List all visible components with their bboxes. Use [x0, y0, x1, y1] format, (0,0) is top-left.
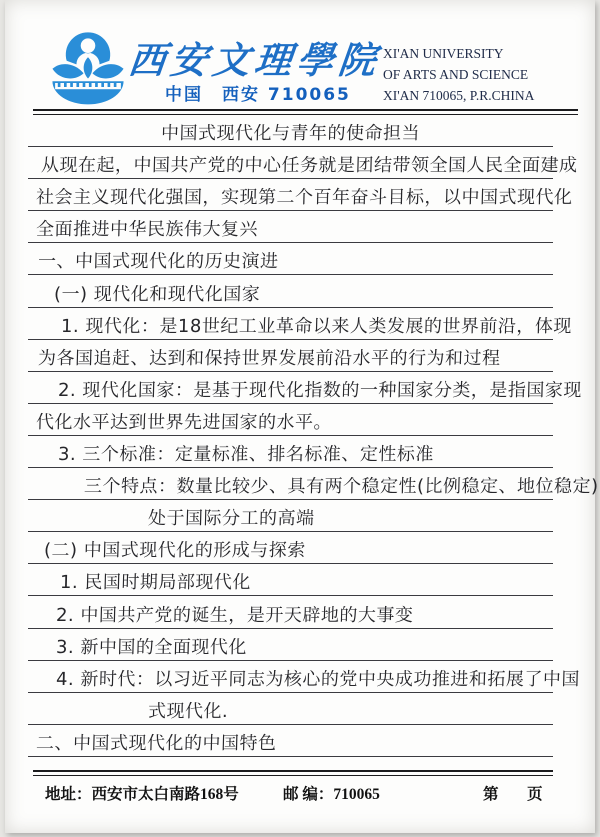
handwritten-text: 为各国追赶、达到和保持世界发展前沿水平的行为和过程: [38, 350, 501, 371]
handwritten-line: 社会主义现代化强国，实现第二个百年奋斗目标，以中国式现代化: [28, 179, 553, 211]
handwritten-line: 三个特点：数量比较少、具有两个稳定性(比例稳定、地位稳定): [28, 468, 553, 500]
handwritten-text: 2. 现代化国家：是基于现代化指数的一种国家分类，是指国家现: [58, 382, 582, 403]
handwritten-line: 2. 现代化国家：是基于现代化指数的一种国家分类，是指国家现: [28, 372, 553, 404]
footer-page-label-suffix: 页: [527, 782, 543, 804]
university-name-en: XI'AN UNIVERSITY OF ARTS AND SCIENCE XI'…: [383, 44, 593, 107]
handwritten-line: 1. 民国时期局部现代化: [28, 564, 553, 596]
handwritten-line: 处于国际分工的高端: [28, 500, 553, 532]
handwritten-text: 三个特点：数量比较少、具有两个稳定性(比例稳定、地位稳定): [84, 478, 599, 499]
handwritten-line: 从现在起，中国共产党的中心任务就是团结带领全国人民全面建成: [28, 147, 553, 179]
handwritten-line: 代化水平达到世界先进国家的水平。: [28, 404, 553, 436]
handwritten-text: 从现在起，中国共产党的中心任务就是团结带领全国人民全面建成: [41, 157, 578, 178]
handwritten-text: 3. 新中国的全面现代化: [56, 639, 247, 660]
handwriting-area: 中国式现代化与青年的使命担当从现在起，中国共产党的中心任务就是团结带领全国人民全…: [28, 115, 553, 757]
handwritten-line: 1. 现代化：是18世纪工业革命以来人类发展的世界前沿，体现: [28, 308, 553, 340]
university-name-en-line1: XI'AN UNIVERSITY: [383, 44, 593, 65]
handwritten-line: 二、中国式现代化的中国特色: [28, 725, 553, 757]
handwritten-line: 3. 新中国的全面现代化: [28, 629, 553, 661]
handwritten-line: (一) 现代化和现代化国家: [28, 275, 553, 307]
handwritten-text: 处于国际分工的高端: [148, 510, 315, 531]
handwritten-text: 1. 民国时期局部现代化: [60, 574, 251, 595]
handwritten-line: 全面推进中华民族伟大复兴: [28, 211, 553, 243]
handwritten-line: 2. 中国共产党的诞生，是开天辟地的大事变: [28, 596, 553, 628]
handwritten-line: 一、中国式现代化的历史演进: [28, 243, 553, 275]
handwritten-text: 全面推进中华民族伟大复兴: [36, 221, 259, 242]
footer-divider: [33, 770, 553, 776]
footer-page-label-prefix: 第: [483, 782, 499, 804]
handwritten-text: 式现代化.: [148, 703, 229, 724]
letterhead-page: 西安文理學院 中国 西安 710065 XI'AN UNIVERSITY OF …: [5, 0, 595, 833]
university-location-cn: 中国 西安 710065: [165, 80, 351, 105]
page-footer: 地址：西安市太白南路168号 邮 编：710065 第 页: [5, 782, 595, 812]
handwritten-text: (一) 现代化和现代化国家: [54, 286, 261, 307]
handwritten-line: 3. 三个标准：定量标准、排名标准、定性标准: [28, 436, 553, 468]
document-title: 中国式现代化与青年的使命担当: [161, 125, 421, 146]
handwritten-line: 4. 新时代：以习近平同志为核心的党中央成功推进和拓展了中国: [28, 661, 553, 693]
university-name-en-line2: OF ARTS AND SCIENCE: [383, 65, 593, 86]
handwritten-text: (二) 中国式现代化的形成与探索: [44, 542, 306, 563]
university-name-calligraphy: 西安文理學院: [126, 30, 391, 82]
handwritten-text: 3. 三个标准：定量标准、排名标准、定性标准: [58, 446, 434, 467]
handwritten-text: 社会主义现代化强国，实现第二个百年奋斗目标，以中国式现代化: [36, 189, 573, 210]
handwritten-line: 式现代化.: [28, 693, 553, 725]
handwritten-line: (二) 中国式现代化的形成与探索: [28, 532, 553, 564]
document-title-line: 中国式现代化与青年的使命担当: [28, 115, 553, 147]
university-logo-icon: [43, 27, 133, 107]
footer-postcode: 邮 编：710065: [283, 782, 380, 804]
handwritten-text: 代化水平达到世界先进国家的水平。: [36, 414, 333, 435]
handwritten-line: 为各国追赶、达到和保持世界发展前沿水平的行为和过程: [28, 340, 553, 372]
footer-address: 地址：西安市太白南路168号: [45, 782, 239, 804]
university-name-en-line3: XI'AN 710065, P.R.CHINA: [383, 86, 593, 107]
handwritten-text: 2. 中国共产党的诞生，是开天辟地的大事变: [56, 607, 414, 628]
handwritten-text: 二、中国式现代化的中国特色: [36, 735, 277, 756]
handwritten-text: 1. 现代化：是18世纪工业革命以来人类发展的世界前沿，体现: [61, 318, 572, 339]
handwritten-text: 一、中国式现代化的历史演进: [38, 253, 279, 274]
handwritten-text: 4. 新时代：以习近平同志为核心的党中央成功推进和拓展了中国: [56, 671, 580, 692]
